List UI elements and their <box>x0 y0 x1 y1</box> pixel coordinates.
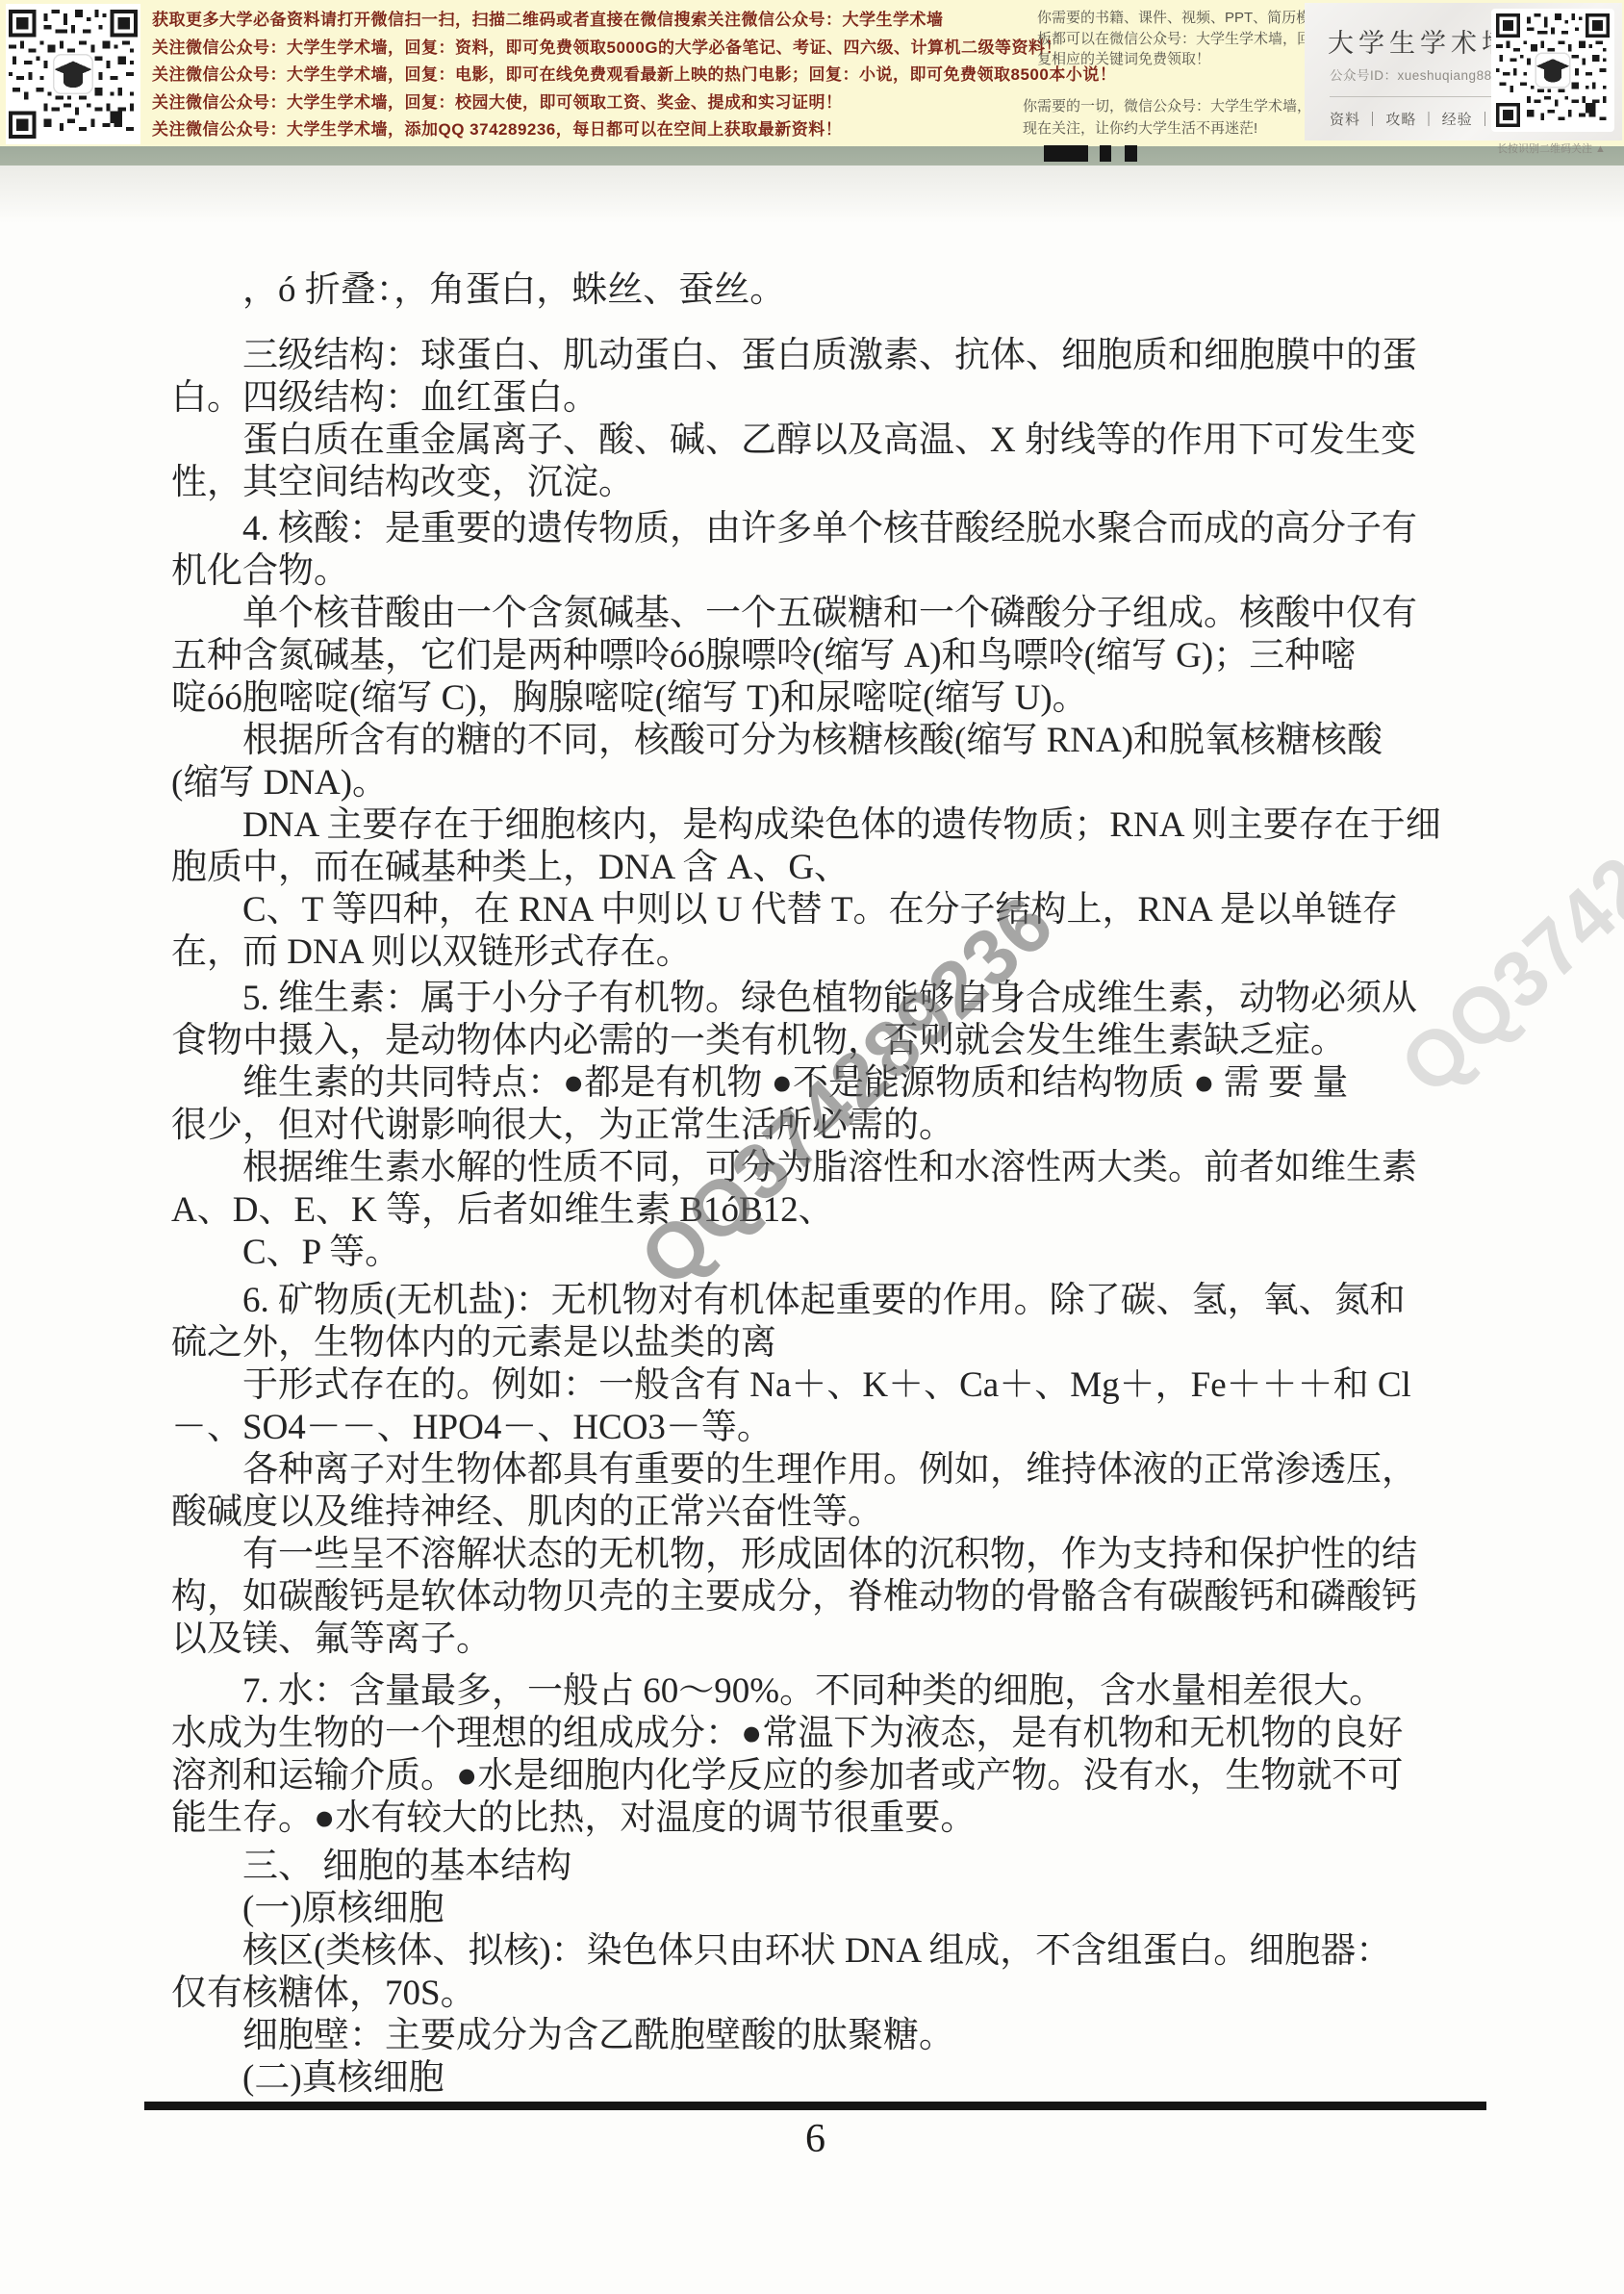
wechat-qr-code-left-icon <box>6 4 140 144</box>
promo-line: 关注微信公众号：大学生学术墙，回复：资料，即可免费领取5000G的大学必备笔记、… <box>152 35 1116 63</box>
text-lines: ，ó 折叠：，角蛋白，蛛丝、蚕丝。三级结构：球蛋白、肌动蛋白、蛋白质激素、抗体、… <box>171 269 1480 2100</box>
promo-line: 关注微信公众号：大学生学术墙，回复：校园大使，即可领取工资、奖金、提成和实习证明… <box>152 89 1116 117</box>
text-line: 有一些呈不溶解状态的无机物，形成固体的沉积物，作为支持和保护性的结 <box>171 1534 1480 1576</box>
text-line: (缩写 DNA)。 <box>171 762 1480 804</box>
text-line: 能生存。●水有较大的比热，对温度的调节很重要。 <box>171 1797 1480 1840</box>
text-line: 硫之外，生物体内的元素是以盐类的离 <box>171 1322 1480 1364</box>
text-line: C、P 等。 <box>171 1232 1480 1274</box>
text-line: 仅有核糖体，70S。 <box>171 1973 1480 2015</box>
qr-fragment-decoration <box>1044 145 1157 162</box>
promo-line: 关注微信公众号：大学生学术墙，添加QQ 374289236，每日都可以在空间上获… <box>152 116 1116 144</box>
qr-caption: 长按识别二维码关注 ▲ <box>1497 140 1606 156</box>
text-line: 白。四级结构：血红蛋白。 <box>171 377 1480 420</box>
text-line: 维生素的共同特点：●都是有机物 ●不是能源物质和结构物质 ● 需 要 量 <box>171 1062 1480 1105</box>
text-line: 水成为生物的一个理想的组成成分：●常温下为液态，是有机物和无机物的良好 <box>171 1713 1480 1755</box>
text-line: 酸碱度以及维持神经、肌肉的正常兴奋性等。 <box>171 1491 1480 1534</box>
text-line: －、SO4－－、HPO4－、HCO3－等。 <box>171 1407 1480 1449</box>
document-body: ，ó 折叠：，角蛋白，蛛丝、蚕丝。三级结构：球蛋白、肌动蛋白、蛋白质激素、抗体、… <box>0 166 1624 2160</box>
text-line: 啶óó胞嘧啶(缩写 C)，胸腺嘧啶(缩写 T)和尿嘧啶(缩写 U)。 <box>171 677 1480 720</box>
text-line: 6. 矿物质(无机盐)：无机物对有机体起重要的作用。除了碳、氢，氧、氮和 <box>171 1280 1480 1322</box>
brand-card: 大学生学术墙 公众号ID：xueshuqiang8888 资料 ｜ 攻略 ｜ 经… <box>1305 3 1622 140</box>
qr-pattern <box>1496 13 1610 127</box>
text-line: 以及镁、氟等离子。 <box>171 1619 1480 1661</box>
text-line: 4. 核酸：是重要的遗传物质，由许多单个核苷酸经脱水聚合而成的高分子有 <box>171 508 1480 550</box>
brand-account-id: 公众号ID：xueshuqiang8888 <box>1330 64 1508 84</box>
text-line: (一)原核细胞 <box>171 1888 1480 1930</box>
text-line: DNA 主要存在于细胞核内，是构成染色体的遗传物质；RNA 则主要存在于细 <box>171 804 1480 847</box>
banner-side-note: 你需要的书籍、课件、视频、PPT、简历模板都可以在微信公众号：大学生学术墙，回复… <box>1037 8 1322 70</box>
promo-text-block: 获取更多大学必备资料请打开微信扫一扫，扫描二维码或者直接在微信搜索关注微信公众号… <box>152 7 1116 144</box>
text-line: A、D、E、K 等，后者如维生素 B1óB12、 <box>171 1189 1480 1232</box>
text-line: 各种离子对生物体都具有重要的生理作用。例如，维持体液的正常渗透压， <box>171 1449 1480 1491</box>
text-line: 细胞壁：主要成分为含乙酰胞壁酸的肽聚糖。 <box>171 2015 1480 2057</box>
text-line: ，ó 折叠：，角蛋白，蛛丝、蚕丝。 <box>171 269 1480 312</box>
text-line: 根据所含有的糖的不同，核酸可分为核糖核酸(缩写 RNA)和脱氧核糖核酸 <box>171 720 1480 762</box>
text-line: 单个核苷酸由一个含氮碱基、一个五碳糖和一个磷酸分子组成。核酸中仅有 <box>171 593 1480 635</box>
page-number: 6 <box>144 2118 1486 2160</box>
text-line: 性，其空间结构改变，沉淀。 <box>171 462 1480 504</box>
brand-divider <box>1330 96 1509 97</box>
text-line: 于形式存在的。例如：一般含有 Na＋、K＋、Ca＋、Mg＋，Fe＋＋＋和 Cl <box>171 1364 1480 1407</box>
promo-line: 关注微信公众号：大学生学术墙，回复：电影，即可在线免费观看最新上映的热门电影；回… <box>152 62 1116 89</box>
text-line: 核区(类核体、拟核)：染色体只由环状 DNA 组成，不含组蛋白。细胞器： <box>171 1930 1480 1973</box>
text-line: 5. 维生素：属于小分子有机物。绿色植物能够自身合成维生素，动物必须从 <box>171 978 1480 1020</box>
text-line: 很少，但对代谢影响很大，为正常生活所必需的。 <box>171 1105 1480 1147</box>
text-line: 构，如碳酸钙是软体动物贝壳的主要成分，脊椎动物的骨骼含有碳酸钙和磷酸钙 <box>171 1576 1480 1619</box>
qr-pattern <box>9 7 138 141</box>
scanned-document-page: 获取更多大学必备资料请打开微信扫一扫，扫描二维码或者直接在微信搜索关注微信公众号… <box>0 0 1624 2294</box>
brand-title: 大学生学术墙 <box>1328 22 1512 60</box>
text-line: 在，而 DNA 则以双链形式存在。 <box>171 931 1480 974</box>
text-line: 溶剂和运输介质。●水是细胞内化学反应的参加者或产物。没有水，生物就不可 <box>171 1755 1480 1797</box>
text-line: 胞质中，而在碱基种类上，DNA 含 A、G、 <box>171 847 1480 889</box>
scan-edge-strip <box>0 146 1624 166</box>
text-line: 三级结构：球蛋白、肌动蛋白、蛋白质激素、抗体、细胞质和细胞膜中的蛋 <box>171 335 1480 377</box>
footer-rule <box>144 2102 1486 2110</box>
text-line: 食物中摄入，是动物体内必需的一类有机物，否则就会发生维生素缺乏症。 <box>171 1020 1480 1062</box>
text-line: C、T 等四种，在 RNA 中则以 U 代替 T。在分子结构上，RNA 是以单链… <box>171 889 1480 931</box>
promo-line: 获取更多大学必备资料请打开微信扫一扫，扫描二维码或者直接在微信搜索关注微信公众号… <box>152 7 1116 35</box>
promo-banner: 获取更多大学必备资料请打开微信扫一扫，扫描二维码或者直接在微信搜索关注微信公众号… <box>0 0 1624 146</box>
text-line: 机化合物。 <box>171 550 1480 593</box>
text-line: 五种含氮碱基，它们是两种嘌呤óó腺嘌呤(缩写 A)和鸟嘌呤(缩写 G)；三种嘧 <box>171 635 1480 677</box>
text-line: 7. 水：含量最多，一般占 60～90%。不同种类的细胞，含水量相差很大。 <box>171 1670 1480 1713</box>
text-line: 三、 细胞的基本结构 <box>171 1846 1480 1888</box>
wechat-qr-code-right-icon <box>1491 9 1614 132</box>
text-line: (二)真核细胞 <box>171 2057 1480 2100</box>
text-line: 根据维生素水解的性质不同，可分为脂溶性和水溶性两大类。前者如维生素 <box>171 1147 1480 1189</box>
text-line: 蛋白质在重金属离子、酸、碱、乙醇以及高温、X 射线等的作用下可发生变 <box>171 420 1480 462</box>
